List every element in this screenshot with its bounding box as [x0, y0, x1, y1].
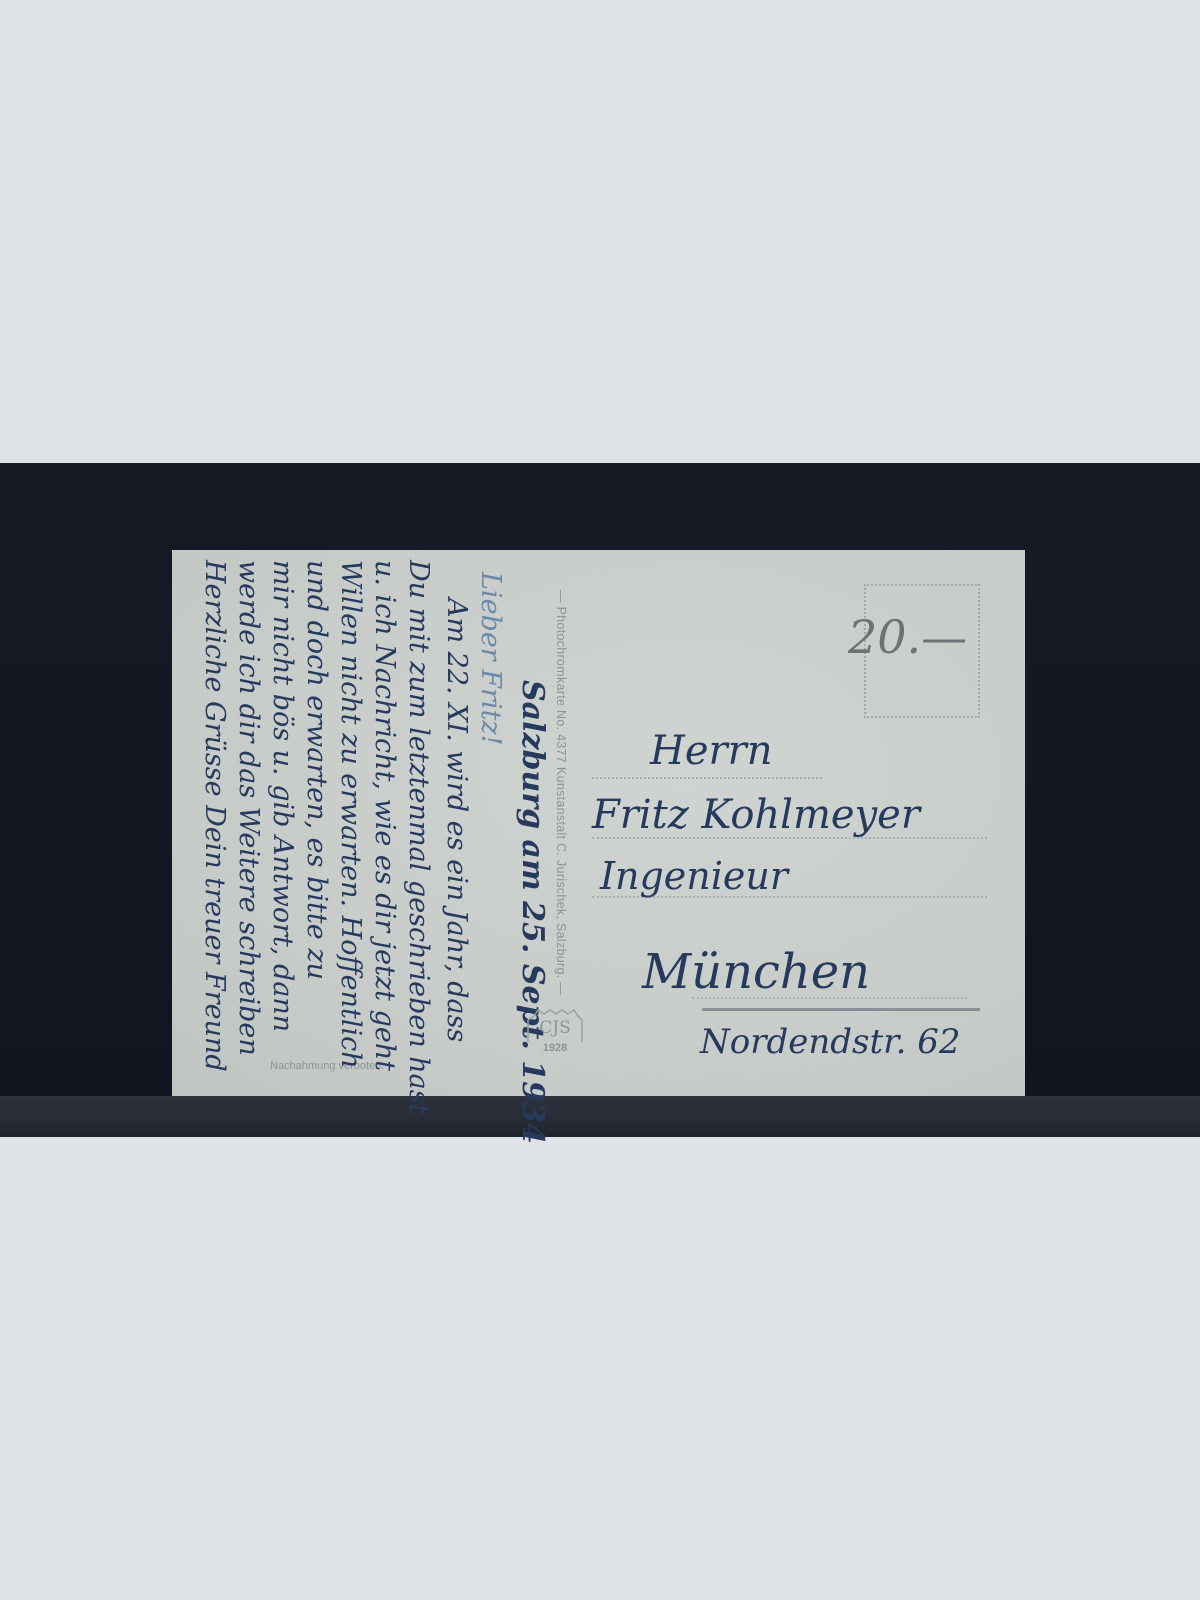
message-line: Du mit zum letztenmal geschrieben hast: [403, 560, 434, 1115]
message-line: mir nicht bös u. gib Antwort, dann: [267, 560, 298, 1032]
message-line: u. ich Nachricht, wie es dir jetzt geht: [369, 560, 400, 1071]
price-pencil-note: 20.—: [848, 610, 967, 664]
publisher-logo: CJS 1928: [526, 1008, 584, 1058]
address-city: München: [642, 944, 870, 1000]
place-date: Salzburg am 25. Sept. 1934: [515, 680, 550, 1144]
display-ledge: [0, 1096, 1200, 1137]
address-title: Ingenieur: [600, 854, 788, 898]
address-name: Fritz Kohlmeyer: [592, 792, 920, 838]
message-line: Am 22. XI. wird es ein Jahr, dass: [441, 598, 472, 1042]
postcard: 20.— Herrn Fritz Kohlmeyer Ingenieur Mün…: [172, 550, 1025, 1096]
copy-notice: Nachahmung verboten.: [270, 1060, 384, 1072]
logo-monogram: CJS: [526, 1018, 584, 1038]
message-line: Willen nicht zu erwarten. Hoffentlich: [335, 560, 366, 1069]
logo-year: 1928: [526, 1042, 584, 1054]
address-salutation: Herrn: [650, 728, 773, 774]
address-street: Nordendstr. 62: [700, 1022, 961, 1062]
message-line: werde ich dir das Weitere schreiben: [233, 560, 264, 1056]
message-line: Lieber Fritz!: [475, 572, 506, 746]
message-line: und doch erwarten, es bitte zu: [301, 560, 332, 980]
address-line-1: [592, 777, 822, 779]
message-line: Herzliche Grüsse Dein treuer Freund: [199, 560, 230, 1072]
address-underline: [702, 1008, 980, 1011]
publisher-imprint: — Photochromkarte No. 4377 Kunstanstalt …: [554, 590, 568, 995]
